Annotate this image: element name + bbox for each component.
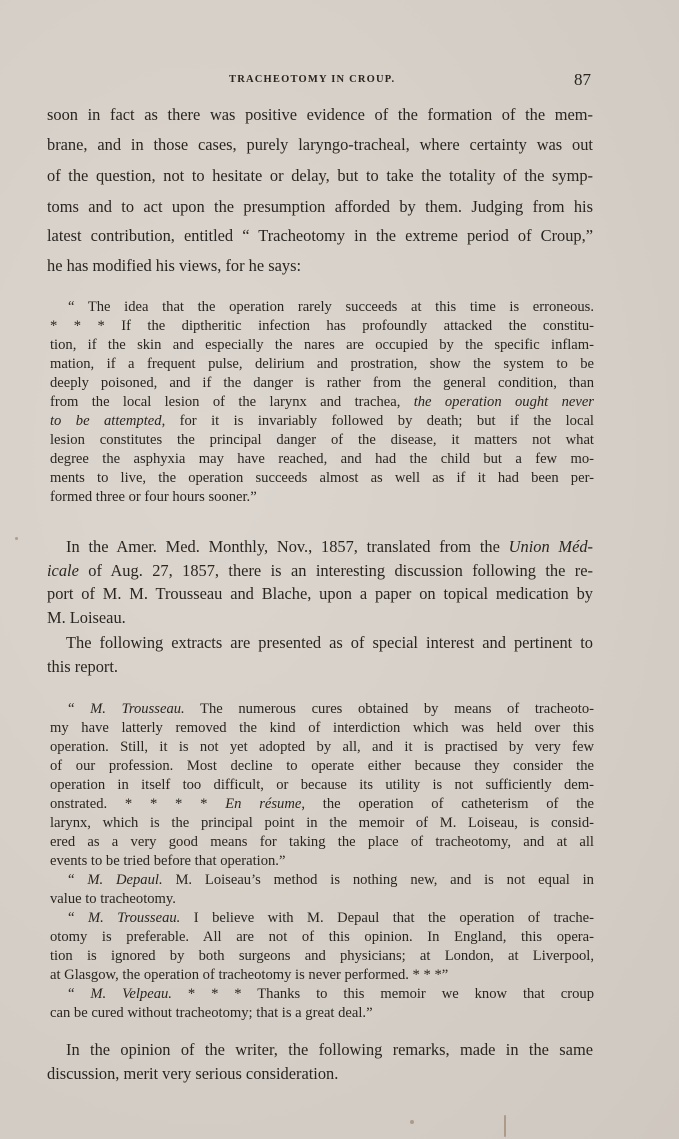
text-line: discussion, merit very serious considera… — [47, 1064, 593, 1084]
emphasis-text: En résume — [225, 796, 301, 812]
book-page: TRACHEOTOMY IN CROUP. 87 soon in fact as… — [0, 0, 679, 1139]
quote-line: of our profession. Most decline to opera… — [50, 758, 594, 775]
text-line: port of M. M. Trousseau and Blache, upon… — [47, 584, 593, 604]
quote-line: * * * If the diptheritic infection has p… — [50, 318, 594, 335]
quote-line: formed three or four hours sooner.” — [50, 489, 594, 506]
text-line: In the opinion of the writer, the follow… — [66, 1040, 593, 1060]
text-line: he has modified his views, for he says: — [47, 256, 593, 276]
quote-line: events to be tried before that operation… — [50, 853, 594, 870]
emphasis-text: to be attempted — [50, 413, 162, 429]
text-line: soon in fact as there was positive evide… — [47, 105, 593, 125]
quote-line: “ M. Depaul. M. Loiseau’s method is noth… — [68, 872, 594, 889]
paper-speck — [410, 1120, 414, 1124]
quote-line: tion is ignored by both surgeons and phy… — [50, 948, 594, 965]
page-header: TRACHEOTOMY IN CROUP. 87 — [0, 74, 679, 92]
journal-title: Union Méd- — [509, 537, 593, 556]
quote-line: deeply poisoned, and if the danger is ra… — [50, 375, 594, 392]
quote-line: mation, if a frequent pulse, delirium an… — [50, 356, 594, 373]
quote-line: larynx, which is the principal point in … — [50, 815, 594, 832]
quote-line: my have latterly removed the kind of int… — [50, 720, 594, 737]
quote-line: “ The idea that the operation rarely suc… — [68, 299, 594, 316]
speaker-name: M. Trousseau. — [88, 910, 180, 926]
quote-line: ered as a very good means for taking the… — [50, 834, 594, 851]
text-line: brane, and in those cases, purely laryng… — [47, 135, 593, 155]
text-line: toms and to act upon the presumption aff… — [47, 197, 593, 217]
quote-line: degree the asphyxia may have reached, an… — [50, 451, 594, 468]
page-number: 87 — [574, 70, 591, 90]
running-title: TRACHEOTOMY IN CROUP. — [229, 74, 395, 85]
quote-line: at Glasgow, the operation of tracheotomy… — [50, 967, 594, 984]
text-line: The following extracts are presented as … — [66, 633, 593, 653]
text-line: this report. — [47, 657, 593, 677]
quote-line: from the local lesion of the larynx and … — [50, 394, 594, 411]
quote-line: “ M. Velpeau. * * * Thanks to this memoi… — [68, 986, 594, 1003]
text-line: of the question, not to hesitate or dela… — [47, 166, 593, 186]
speaker-name: M. Trousseau. — [90, 701, 185, 717]
quote-line: to be attempted, for it is invariably fo… — [50, 413, 594, 430]
quote-line: onstrated. * * * * En résume, the operat… — [50, 796, 594, 813]
quote-line: tion, if the skin and especially the nar… — [50, 337, 594, 354]
quote-line: lesion constitutes the principal danger … — [50, 432, 594, 449]
speaker-name: M. Depaul. — [87, 872, 162, 888]
quote-line: operation in itself too difficult, or be… — [50, 777, 594, 794]
text-line: icale of Aug. 27, 1857, there is an inte… — [47, 561, 593, 581]
paper-speck — [15, 537, 18, 540]
paper-mark — [504, 1115, 506, 1137]
journal-title: icale — [47, 561, 79, 580]
text-line: latest contribution, entitled “ Tracheot… — [47, 226, 593, 246]
emphasis-text: the operation ought never — [414, 394, 594, 410]
quote-line: “ M. Trousseau. The numerous cures obtai… — [68, 701, 594, 718]
speaker-name: M. Velpeau. — [90, 986, 172, 1002]
quote-line: can be cured without tracheotomy; that i… — [50, 1005, 594, 1022]
quote-line: value to tracheotomy. — [50, 891, 594, 908]
quote-line: operation. Still, it is not yet adopted … — [50, 739, 594, 756]
text-line: M. Loiseau. — [47, 608, 593, 628]
text-line: In the Amer. Med. Monthly, Nov., 1857, t… — [66, 537, 593, 557]
quote-line: ments to live, the operation succeeds al… — [50, 470, 594, 487]
quote-line: otomy is preferable. All are not of this… — [50, 929, 594, 946]
quote-line: “ M. Trousseau. I believe with M. Depaul… — [68, 910, 594, 927]
